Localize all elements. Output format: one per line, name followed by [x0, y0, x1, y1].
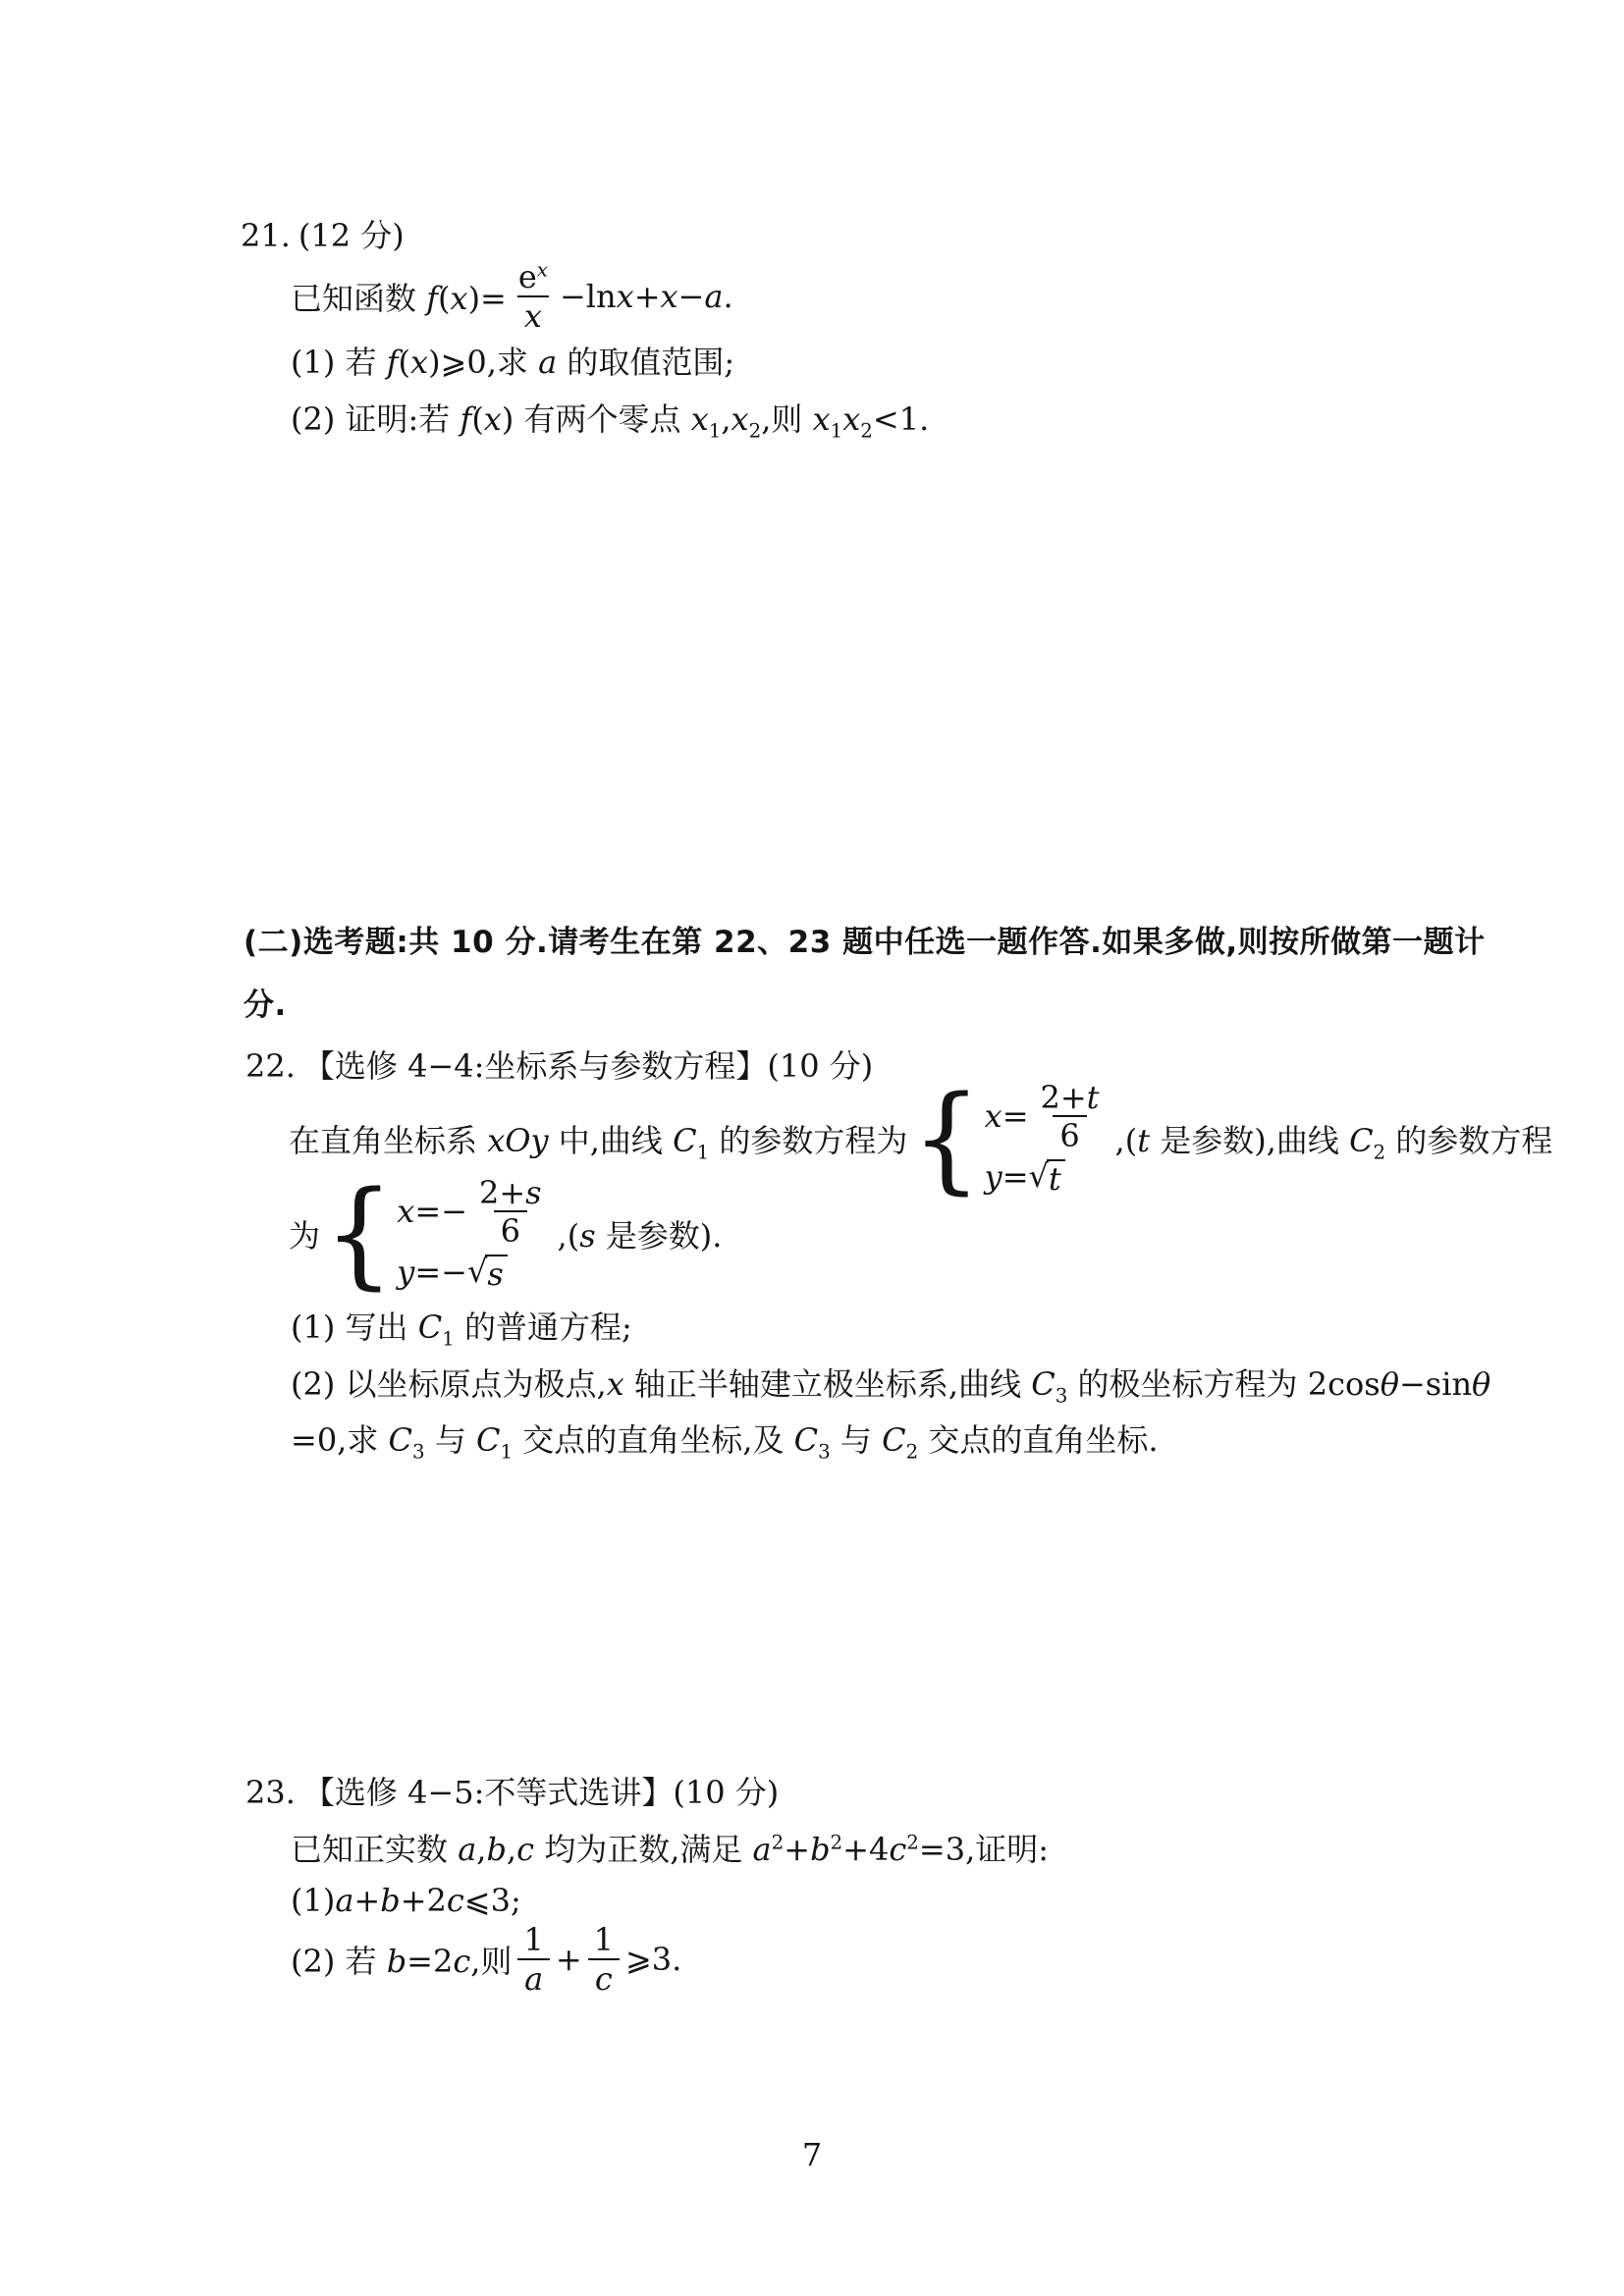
q22-intro2-post: ,(s 是参数). [558, 1211, 723, 1256]
q22-part1: (1) 写出 C1 的普通方程; [291, 1303, 632, 1348]
q21-points: (12 分) [298, 217, 405, 254]
q22-c1-parametric-system: { x= 2+t 6 y= √ t [911, 1081, 1110, 1197]
section2-line2: 分. [244, 974, 1486, 1037]
q22-intro-pre: 在直角坐标系 xOy 中,曲线 C1 的参数方程为 [289, 1116, 907, 1161]
q21-fraction-numerator: ex [512, 260, 555, 295]
q22-title: 【选修 4−4:坐标系与参数方程】 [303, 1047, 768, 1085]
q22-c1-sqrt: √ t [1029, 1159, 1065, 1197]
q23-plus-sign: + [556, 1941, 582, 1978]
q22-c2-fraction-numerator: 2+s [472, 1176, 549, 1211]
q21-fraction-denominator: x [517, 295, 549, 334]
left-brace: { [911, 1081, 981, 1197]
q22-c1-equation-x: x= 2+t 6 [985, 1081, 1111, 1153]
q22-header: 22.【选修 4−4:坐标系与参数方程】(10 分) [245, 1041, 873, 1087]
q22-c1-fraction: 2+t 6 [1034, 1081, 1107, 1153]
q22-intro-mid: ,(t 是参数),曲线 C2 的参数方程 [1115, 1116, 1553, 1161]
q22-c2-equation-x: x=− 2+s 6 [397, 1176, 553, 1249]
q23-intro: 已知正实数 a,b,c 均为正数,满足 a2+b2+4c2=3,证明: [291, 1825, 1049, 1870]
q23-fraction-1a-numerator: 1 [516, 1923, 550, 1958]
q21-fraction: ex x [512, 260, 555, 333]
q22-part2-line1: (2) 以坐标原点为极点,x 轴正半轴建立极坐标系,曲线 C3 的极坐标方程为 … [291, 1360, 1490, 1405]
q23-fraction-1c: 1 c [587, 1923, 621, 1996]
q23-fraction-1c-numerator: 1 [587, 1923, 621, 1958]
exam-paper-page: 21.(12 分) 已知函数 f(x)= ex x −lnx+x−a. (1) … [0, 0, 1624, 2296]
q22-c2-fraction: 2+s 6 [472, 1176, 549, 1249]
q23-part2-post: ⩾3. [625, 1941, 681, 1978]
q21-intro-pre: 已知函数 f(x)= [291, 274, 507, 319]
q21-part1: (1) 若 f(x)⩾0,求 a 的取值范围; [291, 338, 734, 383]
q22-c1-y-lhs: y= [985, 1160, 1029, 1195]
q22-part2-line2: =0,求 C3 与 C1 交点的直角坐标,及 C3 与 C2 交点的直角坐标. [291, 1415, 1159, 1461]
q22-c2-sqrt: √ s [467, 1255, 508, 1292]
q22-c1-fraction-numerator: 2+t [1034, 1081, 1107, 1116]
q22-c1-fraction-denominator: 6 [1053, 1115, 1086, 1153]
q22-c2-parametric-system: { x=− 2+s 6 y=− √ s [324, 1176, 554, 1292]
radical-sign: √ [467, 1255, 487, 1289]
q21-intro-post: −lnx+x−a. [560, 278, 733, 315]
q22-c2-fraction-denominator: 6 [494, 1210, 527, 1249]
q22-c2-radicand: s [485, 1255, 507, 1292]
q22-c2-equation-y: y=− √ s [397, 1255, 553, 1292]
q23-fraction-1a-denominator: a [517, 1958, 550, 1997]
page-number: 7 [0, 2136, 1624, 2173]
q23-fraction-1a: 1 a [516, 1923, 550, 1996]
q21-number: 21. [241, 217, 291, 254]
q22-c1-x-lhs: x= [985, 1099, 1029, 1134]
radical-sign: √ [1029, 1159, 1049, 1194]
section2-notice: (二)选考题:共 10 分.请考生在第 22、23 题中任选一题作答.如果多做,… [244, 911, 1486, 1037]
section2-line1: (二)选考题:共 10 分.请考生在第 22、23 题中任选一题作答.如果多做,… [244, 911, 1486, 974]
q23-number: 23. [245, 1774, 296, 1811]
q23-header: 23.【选修 4−5:不等式选讲】(10 分) [245, 1768, 779, 1813]
q22-intro-line2: 为 { x=− 2+s 6 y=− √ s [289, 1187, 722, 1281]
q22-intro-line1: 在直角坐标系 xOy 中,曲线 C1 的参数方程为 { x= 2+t 6 y= … [289, 1092, 1552, 1186]
q23-points: (10 分) [673, 1774, 779, 1811]
q23-part2: (2) 若 b=2c,则 1 a + 1 c ⩾3. [291, 1912, 681, 2006]
q22-c2-x-lhs: x=− [397, 1195, 467, 1229]
q23-fraction-1c-denominator: c [588, 1958, 620, 1997]
q22-points: (10 分) [767, 1047, 873, 1085]
q23-title: 【选修 4−5:不等式选讲】 [303, 1774, 674, 1811]
q22-c1-radicand: t [1047, 1159, 1065, 1197]
q21-part2: (2) 证明:若 f(x) 有两个零点 x1,x2,则 x1x2<1. [291, 395, 929, 440]
q21-header: 21.(12 分) [241, 211, 405, 256]
left-brace: { [324, 1176, 394, 1292]
q22-number: 22. [245, 1047, 296, 1085]
q22-c1-equation-y: y= √ t [985, 1159, 1111, 1197]
q22-intro2-pre: 为 [289, 1211, 320, 1256]
q23-part2-pre: (2) 若 b=2c,则 [291, 1937, 512, 1982]
q22-c2-y-lhs: y=− [397, 1255, 467, 1290]
q21-function-line: 已知函数 f(x)= ex x −lnx+x−a. [291, 251, 733, 342]
